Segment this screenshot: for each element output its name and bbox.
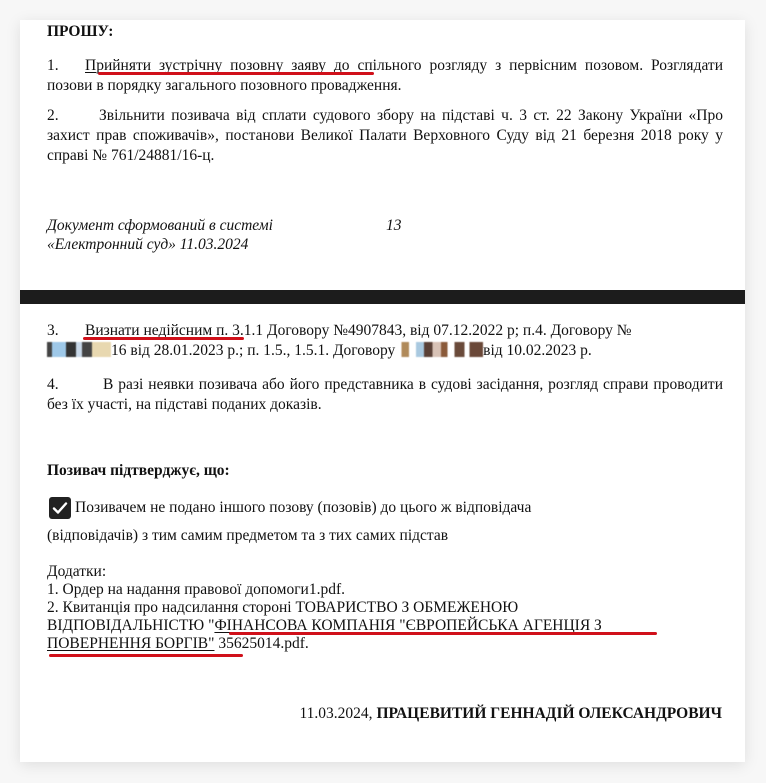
redacted-contract-number [399, 342, 483, 357]
confirmation-text-line1: Позивачем не подано іншого позову (позов… [75, 498, 531, 518]
confirmation-heading: Позивач підтверджує, що: [47, 461, 230, 481]
attachment-item-2-line3: ПОВЕРНЕННЯ БОРГІВ" 35625014.pdf. [47, 635, 602, 653]
page-break-divider [20, 290, 745, 304]
attachment-item-2-line1: 2. Квитанція про надсилання стороні ТОВА… [47, 599, 602, 617]
signatory-name: ПРАЦЕВИТИЙ ГЕННАДІЙ ОЛЕКСАНДРОВИЧ [376, 705, 722, 722]
system-footer-line1: Документ сформований в системі [47, 216, 273, 236]
item-number: 2. [47, 106, 99, 126]
item-text: від 10.02.2023 р. [483, 342, 592, 359]
signature-line: 11.03.2024, ПРАЦЕВИТИЙ ГЕННАДІЙ ОЛЕКСАНД… [300, 704, 723, 724]
signature-date: 11.03.2024, [300, 705, 377, 722]
checkmark-icon [52, 501, 68, 515]
request-item-4: 4.В разі неявки позивача або його предст… [47, 375, 723, 415]
text: ВІДПОВІДАЛЬНІСТЮ " [47, 617, 214, 634]
underlined-company-name: ПОВЕРНЕННЯ БОРГІВ" [47, 635, 214, 652]
item-text: В разі неявки позивача або його представ… [47, 376, 723, 413]
item-text: 16 від 28.01.2023 р.; п. 1.5., 1.5.1. До… [111, 342, 395, 359]
request-item-2: 2.Звільнити позивача від сплати судового… [47, 106, 723, 166]
red-highlight-underline [229, 632, 657, 635]
item-text: п. 3.1.1 Договору №4907843, від 07.12.20… [212, 322, 631, 339]
item-text: Звільнити позивача від сплати судового з… [47, 107, 723, 164]
confirmation-checkbox[interactable] [49, 497, 71, 519]
red-highlight-underline [98, 72, 374, 75]
red-highlight-underline [83, 337, 244, 340]
item-number: 1. [47, 56, 85, 76]
system-footer-line2: «Електронний суд» 11.03.2024 [47, 235, 248, 255]
attachments-title: Додатки: [47, 563, 602, 581]
attachments-section: Додатки: 1. Ордер на надання правової до… [47, 563, 602, 653]
request-item-3: 3.Визнати недійсним п. 3.1.1 Договору №4… [47, 321, 723, 361]
redacted-contract-number [47, 342, 111, 357]
request-item-1: 1.Прийняти зустрічну позовну заяву до сп… [47, 56, 723, 96]
attachment-item-1: 1. Ордер на надання правової допомоги1.p… [47, 581, 602, 599]
item-number: 4. [47, 375, 103, 395]
item-number: 3. [47, 321, 85, 341]
confirmation-text-line2: (відповідачів) з тим самим предметом та … [47, 526, 448, 546]
page-number: 13 [386, 216, 402, 236]
request-heading: ПРОШУ: [47, 22, 113, 42]
red-highlight-underline [49, 654, 243, 657]
text: 35625014.pdf. [214, 635, 308, 652]
